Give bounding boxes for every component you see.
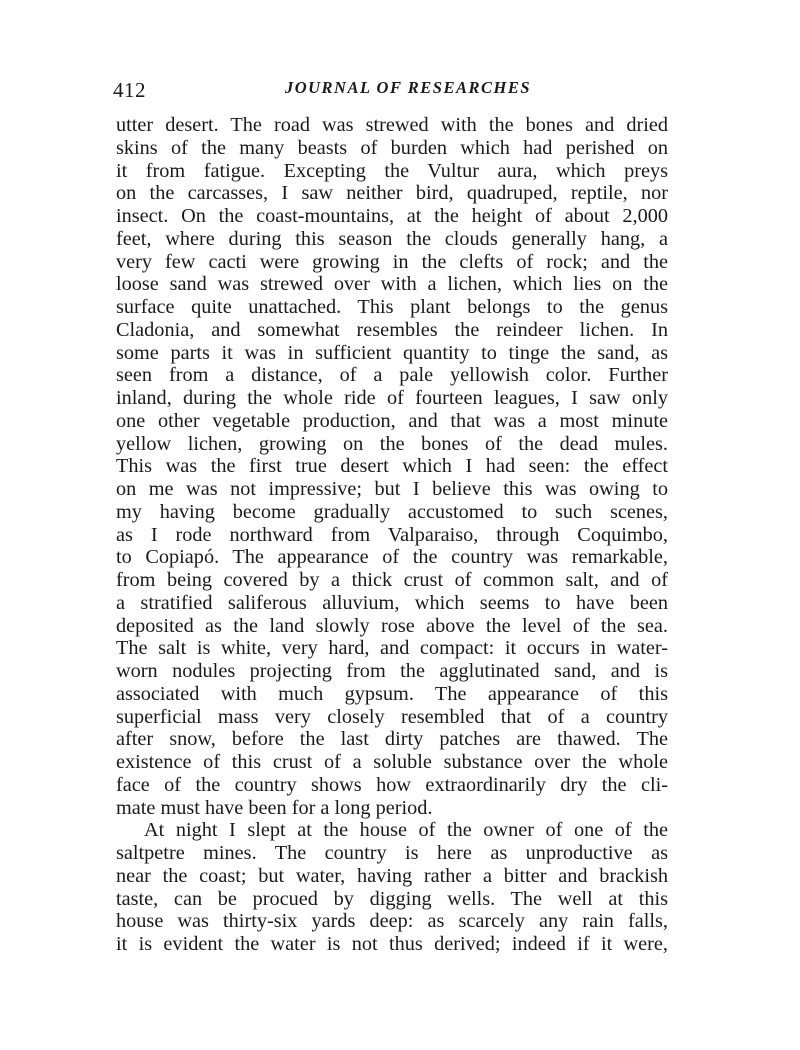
text-line: it is evident the water is not thus deri… — [116, 933, 668, 956]
text-line: saltpetre mines. The country is here as … — [116, 842, 668, 865]
book-page: 412 JOURNAL OF RESEARCHES utter desert. … — [0, 0, 800, 1050]
text-line: worn nodules projecting from the aggluti… — [116, 660, 668, 683]
text-line: feet, where during this season the cloud… — [116, 228, 668, 251]
text-line: one other vegetable production, and that… — [116, 410, 668, 433]
text-line: near the coast; but water, having rather… — [116, 865, 668, 888]
text-line: it from fatigue. Excepting the Vultur au… — [116, 160, 668, 183]
text-line: some parts it was in sufficient quantity… — [116, 342, 668, 365]
text-line: loose sand was strewed over with a liche… — [116, 273, 668, 296]
text-line: Cladonia, and somewhat resembles the rei… — [116, 319, 668, 342]
text-line: superficial mass very closely resembled … — [116, 706, 668, 729]
text-line: face of the country shows how extraordin… — [116, 774, 668, 797]
text-line: on the carcasses, I saw neither bird, qu… — [116, 182, 668, 205]
text-line: to Copiapó. The appearance of the countr… — [116, 546, 668, 569]
text-line: surface quite unattached. This plant bel… — [116, 296, 668, 319]
text-line: yellow lichen, growing on the bones of t… — [116, 433, 668, 456]
running-head: 412 JOURNAL OF RESEARCHES — [113, 78, 673, 102]
text-line: on me was not impressive; but I believe … — [116, 478, 668, 501]
text-line: very few cacti were growing in the cleft… — [116, 251, 668, 274]
text-line: after snow, before the last dirty patche… — [116, 728, 668, 751]
text-line: insect. On the coast-mountains, at the h… — [116, 205, 668, 228]
text-line: house was thirty-six yards deep: as scar… — [116, 910, 668, 933]
text-line: utter desert. The road was strewed with … — [116, 114, 668, 137]
text-line: This was the first true desert which I h… — [116, 455, 668, 478]
text-line: deposited as the land slowly rose above … — [116, 615, 668, 638]
text-line: The salt is white, very hard, and compac… — [116, 637, 668, 660]
running-title: JOURNAL OF RESEARCHES — [113, 78, 673, 98]
text-line: mate must have been for a long period. — [116, 797, 668, 820]
text-line: taste, can be procued by digging wells. … — [116, 888, 668, 911]
paragraph-start-line: At night I slept at the house of the own… — [116, 819, 668, 842]
text-line: from being covered by a thick crust of c… — [116, 569, 668, 592]
text-line: associated with much gypsum. The appeara… — [116, 683, 668, 706]
text-line: as I rode northward from Valparaiso, thr… — [116, 524, 668, 547]
text-line: skins of the many beasts of burden which… — [116, 137, 668, 160]
body-text: utter desert. The road was strewed with … — [116, 114, 668, 956]
text-line: my having become gradually accustomed to… — [116, 501, 668, 524]
text-line: seen from a distance, of a pale yellowis… — [116, 364, 668, 387]
text-line: inland, during the whole ride of fourtee… — [116, 387, 668, 410]
text-line: a stratified saliferous alluvium, which … — [116, 592, 668, 615]
text-line: existence of this crust of a soluble sub… — [116, 751, 668, 774]
